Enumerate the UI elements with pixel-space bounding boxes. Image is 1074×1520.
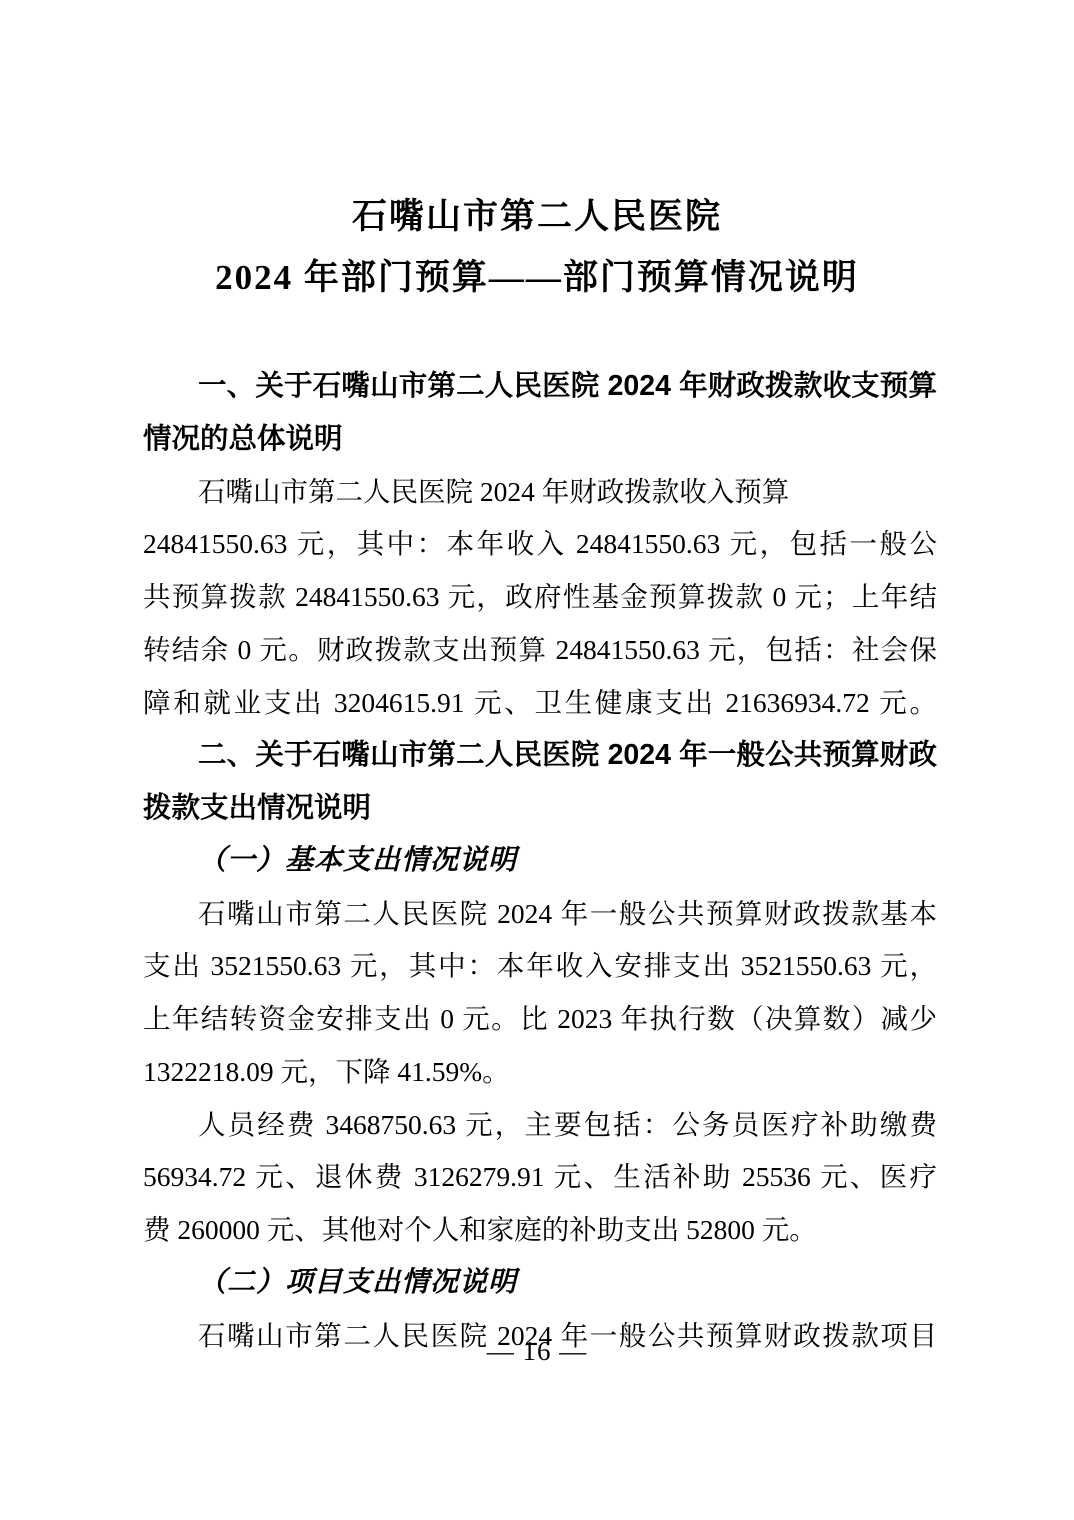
paragraph-1-line-3: 共预算拨款 24841550.63 元，政府性基金预算拨款 0 元；上年结 bbox=[143, 571, 937, 624]
paragraph-2-line-4: 1322218.09 元，下降 41.59%。 bbox=[143, 1046, 937, 1099]
paragraph-3-line-3: 费 260000 元、其他对个人和家庭的补助支出 52800 元。 bbox=[143, 1204, 937, 1257]
section-1-heading-line-1: 一、关于石嘴山市第二人民医院 2024 年财政拨款收支预算 bbox=[143, 360, 937, 413]
paragraph-2-line-3: 上年结转资金安排支出 0 元。比 2023 年执行数（决算数）减少 bbox=[143, 993, 937, 1046]
subsection-2-heading: （二）项目支出情况说明 bbox=[143, 1257, 937, 1310]
section-2-heading-line-1: 二、关于石嘴山市第二人民医院 2024 年一般公共预算财政 bbox=[143, 729, 937, 782]
document-title-line-1: 石嘴山市第二人民医院 bbox=[140, 186, 934, 247]
paragraph-1-line-2: 24841550.63 元，其中：本年收入 24841550.63 元，包括一般… bbox=[143, 518, 937, 571]
page-number: — 16 — bbox=[0, 1336, 1074, 1367]
document-title: 石嘴山市第二人民医院 2024 年部门预算——部门预算情况说明 bbox=[140, 186, 934, 308]
paragraph-2-line-1: 石嘴山市第二人民医院 2024 年一般公共预算财政拨款基本 bbox=[143, 888, 937, 941]
paragraph-1-line-1: 石嘴山市第二人民医院 2024 年财政拨款收入预算 bbox=[143, 466, 937, 519]
document-body: 一、关于石嘴山市第二人民医院 2024 年财政拨款收支预算 情况的总体说明 石嘴… bbox=[143, 360, 937, 1362]
section-1-heading-line-2: 情况的总体说明 bbox=[143, 413, 937, 466]
paragraph-3-line-1: 人员经费 3468750.63 元，主要包括：公务员医疗补助缴费 bbox=[143, 1099, 937, 1152]
subsection-1-heading: （一）基本支出情况说明 bbox=[143, 835, 937, 888]
document-title-line-2: 2024 年部门预算——部门预算情况说明 bbox=[140, 247, 934, 308]
paragraph-2-line-2: 支出 3521550.63 元，其中：本年收入安排支出 3521550.63 元… bbox=[143, 940, 937, 993]
paragraph-1-line-5: 障和就业支出 3204615.91 元、卫生健康支出 21636934.72 元… bbox=[143, 677, 937, 730]
paragraph-1-line-4: 转结余 0 元。财政拨款支出预算 24841550.63 元，包括：社会保 bbox=[143, 624, 937, 677]
document-page: 石嘴山市第二人民医院 2024 年部门预算——部门预算情况说明 一、关于石嘴山市… bbox=[0, 0, 1074, 1520]
section-2-heading-line-2: 拨款支出情况说明 bbox=[143, 782, 937, 835]
paragraph-3-line-2: 56934.72 元、退休费 3126279.91 元、生活补助 25536 元… bbox=[143, 1151, 937, 1204]
